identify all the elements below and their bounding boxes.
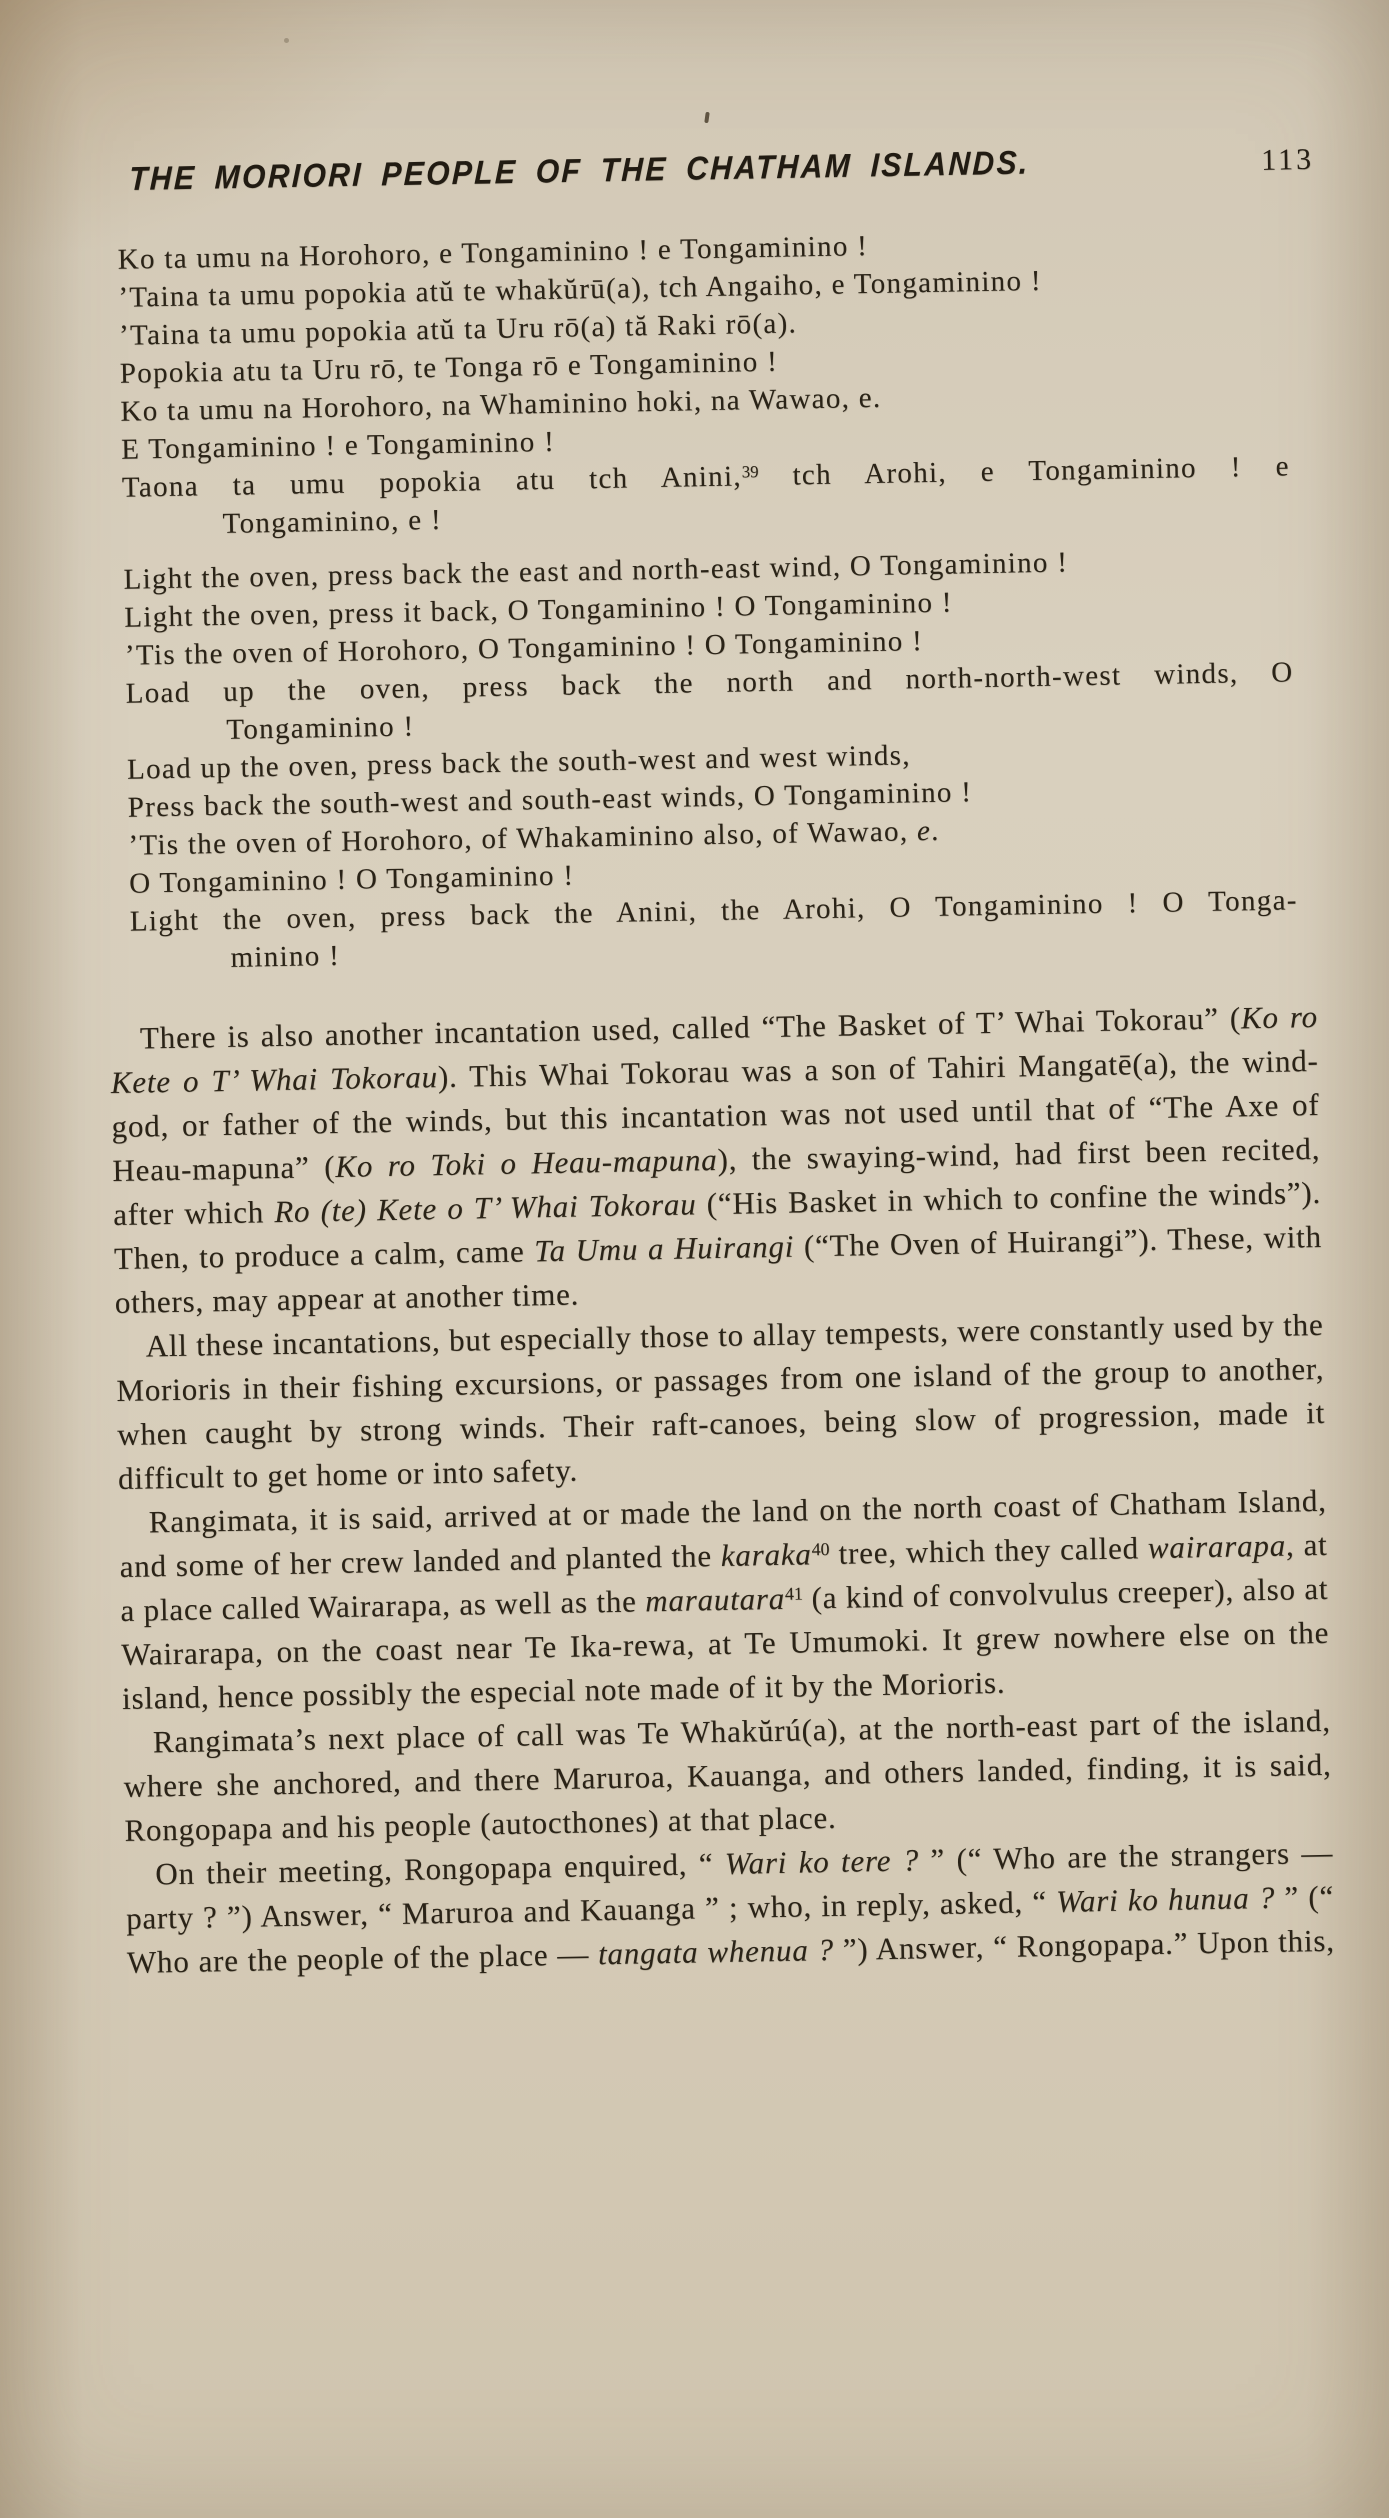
text-run: Wari ko hunua ? bbox=[1056, 1880, 1276, 1919]
text-run: On their meeting, Rongopapa enquired, “ bbox=[155, 1846, 725, 1891]
text-run: minino ! bbox=[230, 940, 340, 974]
page-content: THE MORIORI PEOPLE OF THE CHATHAM ISLAND… bbox=[83, 0, 1351, 1985]
page-number: 113 bbox=[1261, 143, 1315, 178]
text-run: tree, which they called bbox=[829, 1530, 1148, 1571]
incantation-moriori-stanza: Ko ta umu na Horohoro, e Tongaminino ! e… bbox=[117, 219, 1290, 544]
footnote-marker: 39 bbox=[742, 462, 759, 481]
text-run: ”) Answer, “ Rongopapa.” Upon this, bbox=[834, 1923, 1336, 1967]
incantation-english-stanza: Light the oven, press back the east and … bbox=[123, 539, 1298, 978]
text-run: Ro (te) Kete o T’ Whai Tokorau bbox=[274, 1186, 697, 1229]
text-run: Tongaminino ! bbox=[226, 710, 415, 745]
text-run: karaka bbox=[720, 1536, 812, 1573]
text-run: Tongaminino, e ! bbox=[222, 504, 442, 540]
paragraph: Rangimata’s next place of call was Te Wh… bbox=[123, 1699, 1333, 1853]
running-title: THE MORIORI PEOPLE OF THE CHATHAM ISLAND… bbox=[129, 144, 1031, 199]
text-run: Wari ko tere ? bbox=[724, 1842, 919, 1881]
text-run: tangata whenua ? bbox=[598, 1932, 834, 1971]
text-run: Ko ro Toki o Heau-mapuna bbox=[335, 1142, 718, 1184]
running-header: THE MORIORI PEOPLE OF THE CHATHAM ISLAND… bbox=[83, 0, 1318, 199]
paragraph: There is also another incantation used, … bbox=[110, 995, 1323, 1325]
text-run: Ta Umu a Huirangi bbox=[534, 1229, 794, 1269]
text-run: wairarapa bbox=[1148, 1528, 1287, 1566]
text-run: tch Arohi, e Tongaminino ! e bbox=[758, 450, 1290, 492]
text-run: . bbox=[931, 815, 940, 847]
body-paragraphs: There is also another incantation used, … bbox=[110, 995, 1336, 1985]
text-run: O Tongaminino ! O Tongaminino ! bbox=[129, 860, 575, 900]
footnote-marker: 40 bbox=[811, 1539, 829, 1559]
paragraph: Rangimata, it is said, arrived at or mad… bbox=[118, 1479, 1330, 1721]
book-page-scan: THE MORIORI PEOPLE OF THE CHATHAM ISLAND… bbox=[0, 0, 1389, 2518]
footnote-marker: 41 bbox=[785, 1584, 803, 1604]
text-run: e bbox=[917, 815, 932, 847]
text-run: Rangimata’s next place of call was Te Wh… bbox=[123, 1703, 1331, 1848]
paragraph: All these incantations, but especially t… bbox=[115, 1303, 1326, 1501]
text-run: E Tongaminino ! e Tongaminino ! bbox=[121, 426, 555, 466]
text-run: marautara bbox=[645, 1581, 785, 1619]
paragraph: On their meeting, Rongopapa enquired, “ … bbox=[125, 1831, 1335, 1985]
text-run: All these incantations, but especially t… bbox=[116, 1307, 1325, 1496]
